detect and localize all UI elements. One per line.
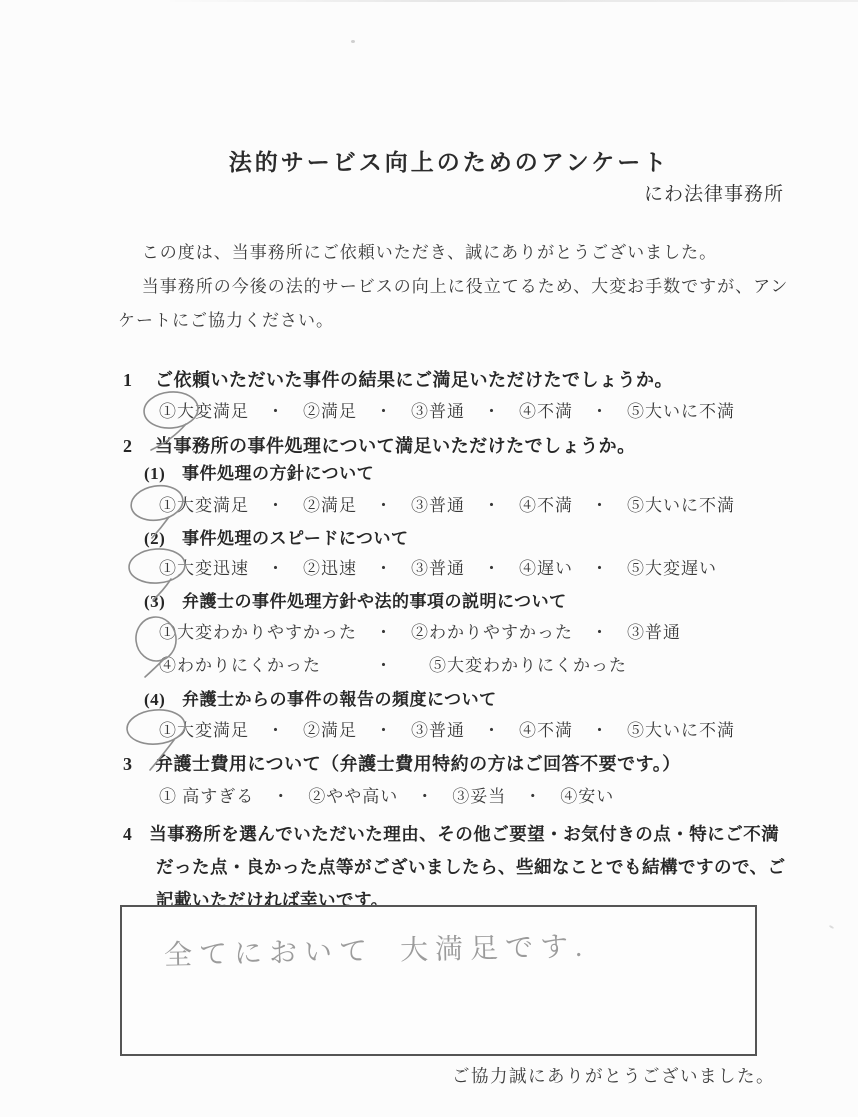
question-4-heading: 4当事務所を選んでいただいた理由、その他ご要望・お気付きの点・特にご不満だった点… bbox=[123, 818, 795, 917]
question-2-2-options: ①大変迅速 ・ ②迅速 ・ ③普通 ・ ④遅い ・ ⑤大変遅い bbox=[159, 557, 717, 581]
intro-paragraph-1: この度は、当事務所にご依頼いただき、誠にありがとうございました。 bbox=[118, 236, 790, 270]
question-2-1-number: (1) bbox=[144, 462, 182, 486]
question-2-2-number: (2) bbox=[144, 527, 182, 551]
question-2-3-options-row-1: ①大変わかりやすかった ・ ②わかりやすかった ・ ③普通 bbox=[159, 621, 681, 645]
organization-name: にわ法律事務所 bbox=[644, 179, 784, 206]
question-2-1-text: 事件処理の方針について bbox=[182, 464, 374, 483]
question-2-3-heading: (3)弁護士の事件処理方針や法的事項の説明について bbox=[144, 590, 567, 614]
scan-speck bbox=[829, 925, 834, 929]
question-2-4-text: 弁護士からの事件の報告の頻度について bbox=[182, 690, 497, 709]
question-3-options: ① 高すぎる ・ ②やや高い ・ ③妥当 ・ ④安い bbox=[159, 785, 614, 809]
question-3-number: 3 bbox=[123, 752, 155, 776]
question-3-heading: 3弁護士費用について（弁護士費用特約の方はご回答不要です。） bbox=[123, 752, 681, 776]
question-1-options: ①大変満足 ・ ②満足 ・ ③普通 ・ ④不満 ・ ⑤大いに不満 bbox=[159, 400, 735, 424]
question-2-4-options: ①大変満足 ・ ②満足 ・ ③普通 ・ ④不満 ・ ⑤大いに不満 bbox=[159, 719, 735, 743]
intro-text: この度は、当事務所にご依頼いただき、誠にありがとうございました。 当事務所の今後… bbox=[118, 236, 790, 338]
question-2-2-heading: (2)事件処理のスピードについて bbox=[144, 527, 408, 551]
question-2-1-options: ①大変満足 ・ ②満足 ・ ③普通 ・ ④不満 ・ ⑤大いに不満 bbox=[159, 494, 735, 518]
question-2-4-heading: (4)弁護士からの事件の報告の頻度について bbox=[144, 688, 497, 712]
question-2-3-options-row-2: ④わかりにくかった ・ ⑤大変わかりにくかった bbox=[159, 654, 627, 678]
scanned-survey-page: 法的サービス向上のためのアンケート にわ法律事務所 この度は、当事務所にご依頼い… bbox=[0, 0, 858, 1117]
question-2-number: 2 bbox=[123, 434, 155, 458]
question-2-text: 当事務所の事件処理について満足いただけたでしょうか。 bbox=[155, 436, 636, 456]
page-title: 法的サービス向上のためのアンケート bbox=[0, 144, 858, 177]
question-2-2-text: 事件処理のスピードについて bbox=[182, 529, 408, 548]
question-2-3-number: (3) bbox=[144, 590, 182, 614]
question-3-text: 弁護士費用について（弁護士費用特約の方はご回答不要です。） bbox=[155, 754, 681, 774]
question-1-number: 1 bbox=[123, 368, 155, 392]
footer-thanks: ご協力誠にありがとうございました。 bbox=[452, 1063, 775, 1088]
question-2-3-text: 弁護士の事件処理方針や法的事項の説明について bbox=[182, 592, 567, 611]
question-1-heading: 1ご依頼いただいた事件の結果にご満足いただけたでしょうか。 bbox=[123, 368, 673, 392]
scan-speck bbox=[351, 40, 355, 43]
question-4-number: 4 bbox=[123, 824, 132, 844]
handwritten-answer: 全てにおいて 大満足です. bbox=[164, 925, 590, 974]
question-4-text: 当事務所を選んでいただいた理由、その他ご要望・お気付きの点・特にご不満だった点・… bbox=[149, 824, 785, 910]
question-2-4-number: (4) bbox=[144, 688, 182, 712]
scan-edge-shadow bbox=[170, 0, 858, 2]
intro-paragraph-2: 当事務所の今後の法的サービスの向上に役立てるため、大変お手数ですが、アンケートに… bbox=[118, 270, 790, 338]
comment-box: 全てにおいて 大満足です. bbox=[120, 905, 757, 1056]
question-2-heading: 2当事務所の事件処理について満足いただけたでしょうか。 bbox=[123, 434, 636, 458]
question-2-1-heading: (1)事件処理の方針について bbox=[144, 462, 374, 486]
question-1-text: ご依頼いただいた事件の結果にご満足いただけたでしょうか。 bbox=[155, 370, 673, 390]
